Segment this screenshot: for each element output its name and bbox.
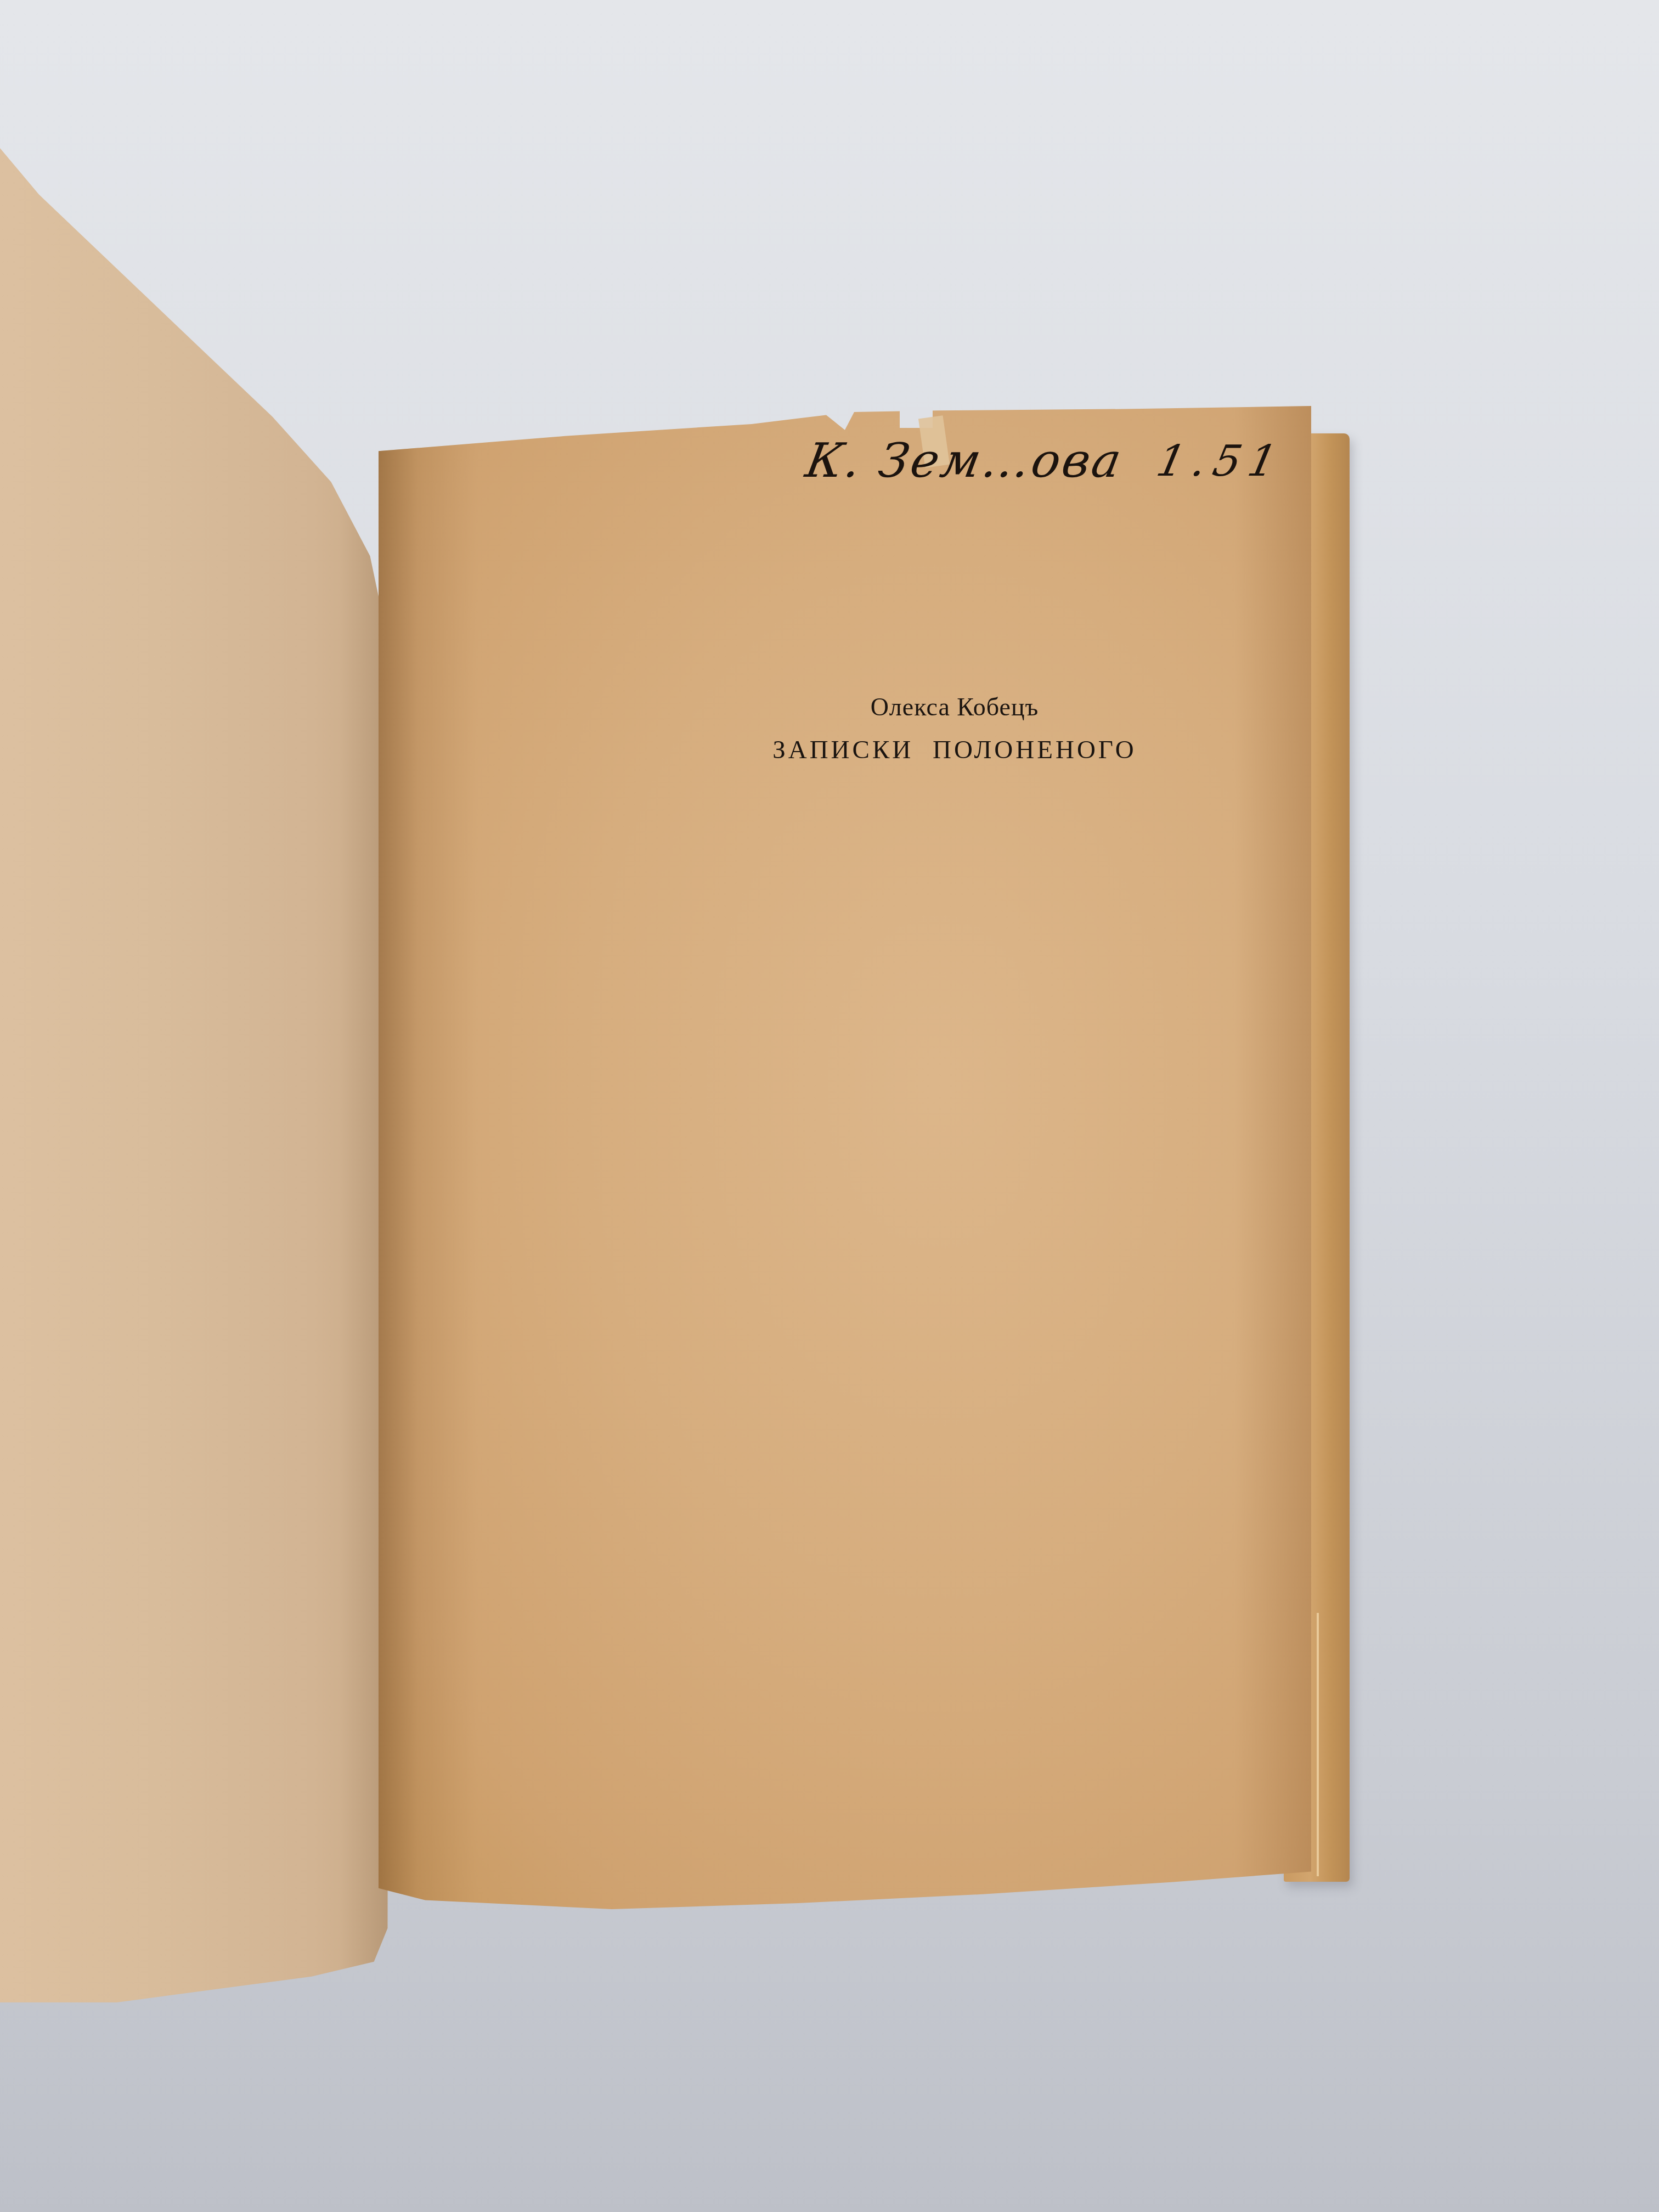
book-title: ЗАПИСКИ ПОЛОНЕНОГО bbox=[752, 735, 1158, 765]
author-name: Олекса Кобецъ bbox=[801, 692, 1108, 721]
handwritten-inscription: К. Зем…ова 1.51 bbox=[806, 422, 1278, 527]
photo-scene: К. Зем…ова 1.51 Олекса Кобецъ ЗАПИСКИ ПО… bbox=[0, 0, 1659, 2212]
left-page bbox=[0, 148, 390, 2002]
title-page bbox=[379, 406, 1311, 1909]
inscription-date: 1.51 bbox=[1152, 437, 1289, 486]
inscription-name: К. Зем…ова bbox=[802, 433, 1127, 488]
